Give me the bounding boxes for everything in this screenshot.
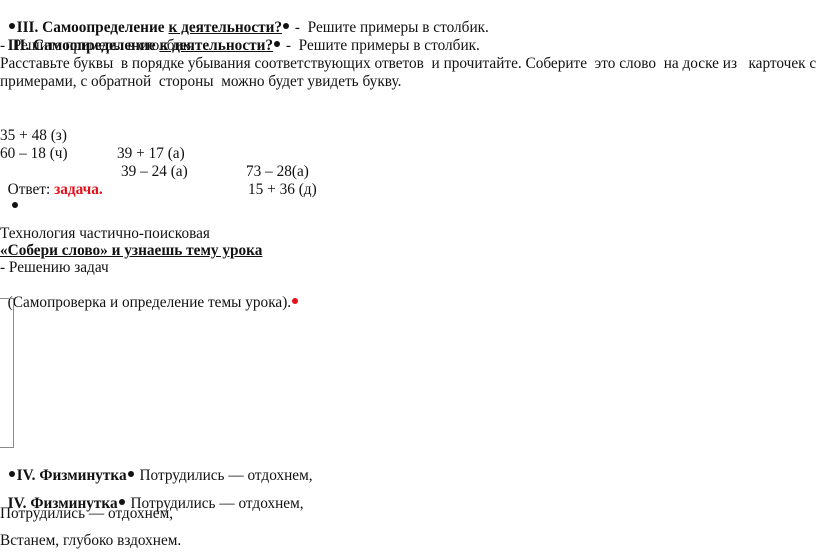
game-title: «Собери слово» и узнаешь тему урока xyxy=(0,242,262,260)
red-bullet-icon xyxy=(292,298,298,304)
poem-line-2: Встанем, глубоко вздохнем. xyxy=(0,532,181,550)
example: 39 – 24 (а) xyxy=(121,163,188,181)
instruction: - Решите примеры в столбик. xyxy=(0,37,194,55)
example: 60 – 18 (ч) xyxy=(0,145,68,163)
example-row-2: 60 – 18 (ч) 39 – 24 (а) 15 + 36 (д) xyxy=(0,127,816,199)
technology-item-2: (Самопроверка и определение темы урока). xyxy=(0,276,300,312)
empty-bullet xyxy=(0,180,20,216)
technology-item-1: - Решению задач xyxy=(0,259,109,277)
task-line-2: примерами, с обратной стороны можно буде… xyxy=(0,73,401,91)
answer-value: задача. xyxy=(54,181,103,198)
bullet-icon xyxy=(274,41,280,47)
poem-line-1: Потрудились — отдохнем, xyxy=(0,505,173,523)
example: 15 + 36 (д) xyxy=(248,181,317,199)
bullet-icon xyxy=(12,202,18,208)
empty-frame xyxy=(0,298,14,448)
technology-title: Технология частично-поисковая xyxy=(0,225,210,243)
task-line-1: Расставьте буквы в порядке убывания соот… xyxy=(0,55,816,73)
